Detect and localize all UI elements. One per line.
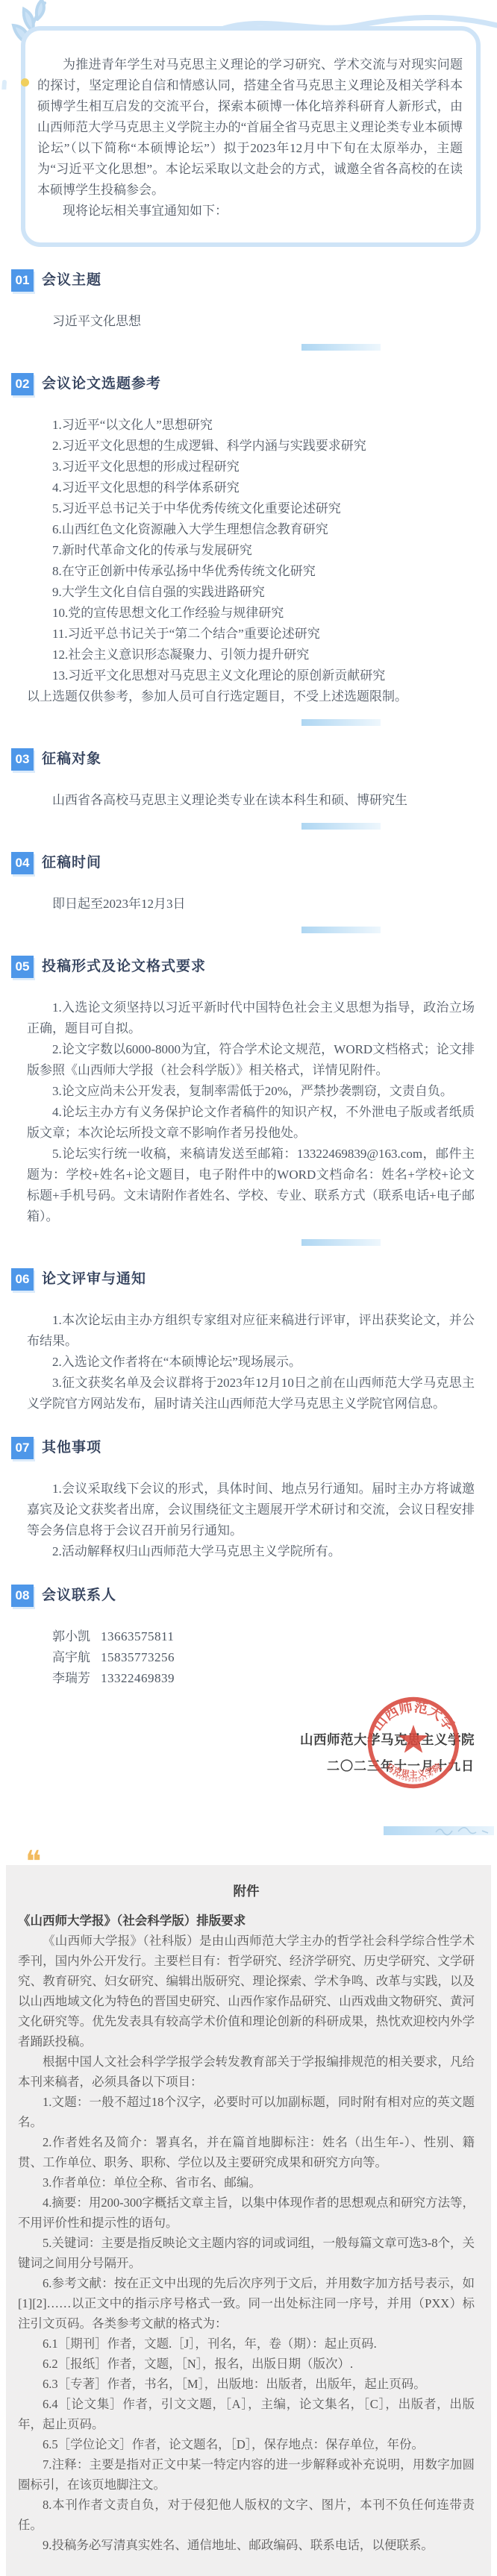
gradient-divider bbox=[301, 719, 381, 726]
attachment-panel: 附件 《山西师大学报》（社会科学版）排版要求 《山西师大学报》（社科版）是由山西… bbox=[6, 1865, 491, 2576]
attachment-paragraph: 4.摘要：用200-300字概括文章主旨，以集中体现作者的思想观点和研究方法等，… bbox=[18, 2193, 475, 2233]
topic-item: 5.习近平总书记关于中华优秀传统文化重要论述研究 bbox=[27, 498, 475, 519]
intro-paragraph-2: 现将论坛相关事宜通知如下： bbox=[37, 201, 463, 222]
section-title: 论文评审与通知 bbox=[42, 1269, 146, 1290]
attachment-reference-format: 6.3［专著］作者，书名，［M］，出版地：出版者，出版年，起止页码。 bbox=[18, 2374, 475, 2394]
section-number-badge: 07 bbox=[11, 1437, 34, 1459]
section-content: 习近平文化思想 bbox=[27, 311, 475, 332]
section-other-matters: 07 其他事项 1.会议采取线下会议的形式，具体时间、地点另行通知。届时主办方将… bbox=[27, 1437, 475, 1562]
section-header: 08 会议联系人 bbox=[11, 1585, 475, 1607]
section-target-authors: 03 征稿对象 山西省各高校马克思主义理论类专业在读本科生和硕、博研究生 bbox=[27, 748, 475, 830]
section-number-badge: 02 bbox=[11, 373, 34, 395]
intro-box: 为推进青年学生对马克思主义理论的学习研究、学术交流与对现实问题的探讨，坚定理论自… bbox=[21, 26, 481, 247]
section-title: 征稿对象 bbox=[42, 749, 101, 770]
attachment-reference-format: 6.5［学位论文］作者，论文题名，［D］，保存地点：保存单位，年份。 bbox=[18, 2434, 475, 2454]
contact-phone: 13322469839 bbox=[101, 1671, 175, 1685]
intro-paragraph-1: 为推进青年学生对马克思主义理论的学习研究、学术交流与对现实问题的探讨，坚定理论自… bbox=[37, 54, 463, 201]
attachment-paragraph: 6.参考文献：按在正文中出现的先后次序列于文后，并用数字加方括号表示，如[1][… bbox=[18, 2273, 475, 2334]
topic-item: 4.习近平文化思想的科学体系研究 bbox=[27, 477, 475, 498]
svg-text:马克思主义学院: 马克思主义学院 bbox=[384, 1761, 443, 1780]
section-header: 06 论文评审与通知 bbox=[11, 1268, 475, 1291]
section-header: 07 其他事项 bbox=[11, 1437, 475, 1459]
topic-item: 9.大学生文化自信自强的实践进路研究 bbox=[27, 582, 475, 603]
review-paragraph: 2.入选论文作者将在“本硕博论坛”现场展示。 bbox=[27, 1352, 475, 1373]
requirement-paragraph: 2.论文字数以6000-8000为宜，符合学术论文规范，WORD文档格式；论文排… bbox=[27, 1039, 475, 1081]
section-number-badge: 03 bbox=[11, 748, 34, 771]
attachment-paragraph: 1.文题：一般不超过18个汉字，必要时可以加副标题，同时附有相对应的英文题名。 bbox=[18, 2092, 475, 2132]
section-number-badge: 08 bbox=[11, 1585, 34, 1607]
signature-block: 山西师范大学马克思主义学院 二〇二三年十一月十九日 山西师范大学 马克思主义学院… bbox=[27, 1693, 475, 1840]
section-title: 征稿时间 bbox=[42, 853, 101, 874]
section-title: 会议论文选题参考 bbox=[42, 374, 161, 395]
contact-row: 高宇航15835773256 bbox=[27, 1647, 475, 1668]
topic-item: 10.党的宣传思想文化工作经验与规律研究 bbox=[27, 603, 475, 624]
topic-item: 6.山西红色文化资源融入大学生理想信念教育研究 bbox=[27, 519, 475, 540]
attachment-reference-format: 6.2［报纸］作者，文题，［N］，报名，出版日期（版次）. bbox=[18, 2354, 475, 2374]
section-number-badge: 01 bbox=[11, 269, 34, 292]
contact-phone: 13663575811 bbox=[101, 1629, 174, 1643]
contact-name: 高宇航 bbox=[52, 1650, 90, 1664]
section-title: 投稿形式及论文格式要求 bbox=[42, 956, 206, 977]
attachment-paragraph: 8.本刊作者文责自负，对于侵犯他人版权的文字、图片，本刊不负任何连带责任。 bbox=[18, 2495, 475, 2535]
attachment-paragraph: 7.注释：主要是指对正文中某一特定内容的进一步解释或补充说明，用数字加圆圈标引，… bbox=[18, 2454, 475, 2495]
topic-item: 11.习近平总书记关于“第二个结合”重要论述研究 bbox=[27, 624, 475, 645]
seal-star bbox=[398, 1725, 428, 1753]
topic-item: 1.习近平“以文化人”思想研究 bbox=[27, 415, 475, 436]
topic-item: 7.新时代革命文化的传承与发展研究 bbox=[27, 540, 475, 561]
section-number-badge: 06 bbox=[11, 1268, 34, 1291]
attachment-paragraph: 《山西师大学报》（社科版）是由山西师范大学主办的哲学社会科学综合性学术季刊，国内… bbox=[18, 1931, 475, 2052]
gradient-divider bbox=[301, 1239, 381, 1246]
attachment-reference-format: 6.1［期刊］作者，文题.［J］，刊名，年，卷（期）：起止页码. bbox=[18, 2334, 475, 2354]
section-content: 即日起至2023年12月3日 bbox=[27, 894, 475, 915]
quote-icon: ❝ bbox=[25, 1847, 42, 1877]
section-header: 02 会议论文选题参考 bbox=[11, 373, 475, 395]
topic-item: 2.习近平文化思想的生成逻辑、科学内涵与实践要求研究 bbox=[27, 436, 475, 457]
section-header: 04 征稿时间 bbox=[11, 852, 475, 874]
requirement-paragraph: 3.论文应尚未公开发表，复制率需低于20%，严禁抄袭剽窃，文责自负。 bbox=[27, 1081, 475, 1102]
attachment-paragraph: 5.关键词：主要是指反映论文主题内容的词或词组，一般每篇文章可选3-8个，关键词… bbox=[18, 2233, 475, 2273]
section-number-badge: 04 bbox=[11, 852, 34, 874]
notice-document: 为推进青年学生对马克思主义理论的学习研究、学术交流与对现实问题的探讨，坚定理论自… bbox=[0, 0, 497, 2576]
gradient-divider bbox=[301, 927, 381, 933]
section-number-badge: 05 bbox=[11, 956, 34, 978]
attachment-section: ❝ 附件 《山西师大学报》（社会科学版）排版要求 《山西师大学报》（社科版）是由… bbox=[6, 1865, 491, 2576]
attachment-paragraph: 9.投稿务必写清真实姓名、通信地址、邮政编码、联系电话，以便联系。 bbox=[18, 2535, 475, 2555]
attachment-paragraph: 根据中国人文社会科学学报学会转发教育部关于学报编排规范的相关要求，凡给本刊来稿者… bbox=[18, 2052, 475, 2092]
requirement-paragraph: 4.论坛主办方有义务保护论文作者稿件的知识产权，不外泄电子版或者纸质版文章；本次… bbox=[27, 1102, 475, 1144]
contact-row: 李瑞芳13322469839 bbox=[27, 1668, 475, 1689]
review-paragraph: 3.征文获奖名单及会议群将于2023年12月10日之前在山西师范大学马克思主义学… bbox=[27, 1373, 475, 1414]
contact-row: 郭小凯13663575811 bbox=[27, 1626, 475, 1647]
topic-item: 3.习近平文化思想的形成过程研究 bbox=[27, 457, 475, 477]
official-seal: 山西师范大学 马克思主义学院 1410993003179 bbox=[366, 1695, 461, 1790]
topic-note: 以上选题仅供参考，参加人员可自行选定题目，不受上述选题限制。 bbox=[27, 686, 475, 707]
topic-item: 12.社会主义意识形态凝聚力、引领力提升研究 bbox=[27, 645, 475, 665]
gradient-divider bbox=[301, 344, 381, 351]
attachment-title: 《山西师大学报》（社会科学版）排版要求 bbox=[18, 1911, 475, 1931]
section-contacts: 08 会议联系人 郭小凯13663575811 高宇航15835773256 李… bbox=[27, 1585, 475, 1689]
section-content: 山西省各高校马克思主义理论类专业在读本科生和硕、博研究生 bbox=[27, 790, 475, 811]
section-format-requirements: 05 投稿形式及论文格式要求 1.入选论文须坚持以习近平新时代中国特色社会主义思… bbox=[27, 956, 475, 1246]
signature-squiggle-decoration bbox=[384, 1822, 494, 1838]
topic-item: 8.在守正创新中传承弘扬中华优秀传统文化研究 bbox=[27, 561, 475, 582]
gradient-divider bbox=[301, 823, 381, 830]
section-title: 其他事项 bbox=[42, 1438, 101, 1458]
requirement-paragraph: 1.入选论文须坚持以习近平新时代中国特色社会主义思想为指导，政治立场正确，题目可… bbox=[27, 997, 475, 1039]
section-header: 01 会议主题 bbox=[11, 269, 475, 292]
section-title: 会议主题 bbox=[42, 270, 101, 291]
review-paragraph: 1.本次论坛由主办方组织专家组对应征来稿进行评审，评出获奖论文，并公布结果。 bbox=[27, 1310, 475, 1352]
section-header: 05 投稿形式及论文格式要求 bbox=[11, 956, 475, 978]
attachment-paragraph: 3.作者单位：单位全称、省市名、邮编。 bbox=[18, 2172, 475, 2193]
attachment-reference-format: 6.4［论文集］作者，引文文题，［A］，主编，论文集名，［C］，出版者，出版年，… bbox=[18, 2394, 475, 2434]
attachment-paragraph: 2.作者姓名及简介：署真名，并在篇首地脚标注：姓名（出生年-）、性别、籍贯、工作… bbox=[18, 2132, 475, 2172]
yellow-dot-decoration bbox=[21, 78, 29, 87]
topic-item: 13.习近平文化思想对马克思主义文化理论的原创新贡献研究 bbox=[27, 665, 475, 686]
section-topic-references: 02 会议论文选题参考 1.习近平“以文化人”思想研究 2.习近平文化思想的生成… bbox=[27, 373, 475, 726]
section-review-notification: 06 论文评审与通知 1.本次论坛由主办方组织专家组对应征来稿进行评审，评出获奖… bbox=[27, 1268, 475, 1414]
section-header: 03 征稿对象 bbox=[11, 748, 475, 771]
requirement-paragraph: 5.论坛实行统一收稿，来稿请发送至邮箱：13322469839@163.com，… bbox=[27, 1144, 475, 1227]
section-meeting-theme: 01 会议主题 习近平文化思想 bbox=[27, 269, 475, 351]
attachment-label: 附件 bbox=[18, 1881, 475, 1902]
section-title: 会议联系人 bbox=[42, 1585, 116, 1606]
other-paragraph: 1.会议采取线下会议的形式，具体时间、地点另行通知。届时主办方将诚邀嘉宾及论文获… bbox=[27, 1479, 475, 1541]
section-deadline: 04 征稿时间 即日起至2023年12月3日 bbox=[27, 852, 475, 933]
contact-phone: 15835773256 bbox=[101, 1650, 175, 1664]
contact-name: 郭小凯 bbox=[52, 1629, 90, 1643]
notice-body: 01 会议主题 习近平文化思想 02 会议论文选题参考 1.习近平“以文化人”思… bbox=[0, 269, 497, 1840]
contact-name: 李瑞芳 bbox=[52, 1671, 90, 1685]
other-paragraph: 2.活动解释权归山西师范大学马克思主义学院所有。 bbox=[27, 1541, 475, 1562]
